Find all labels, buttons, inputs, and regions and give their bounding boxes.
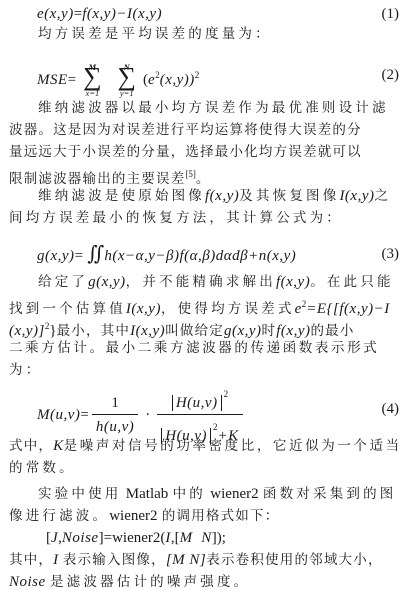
text-span: 表示卷积使用的邻域大小，	[206, 552, 382, 568]
eq2-sum-x: M ∑ x=1	[80, 64, 104, 98]
text-line: 的常数。	[9, 456, 76, 480]
multiply-dot: ·	[145, 407, 150, 423]
text-line: 间均方误差最小的恢复方法，其计算公式为：	[9, 206, 343, 230]
paragraph-line: 维纳滤波是使原始图像f(x,y)及其恢复图像I(x,y)之	[0, 184, 413, 208]
paragraph-line: 量远远大于小误差的分量，选择最小化均方误差就可以	[0, 140, 413, 164]
paragraph-line: 均方误差是平均误差的度量为：	[0, 22, 413, 46]
paragraph-line: 其中，I 表示输入图像，[M N]表示卷积使用的邻域大小，	[0, 548, 413, 572]
paragraph-line: 给定了g(x,y)，并不能精确求解出f(x,y)。在此只能	[0, 270, 413, 294]
paragraph-line: 的常数。	[0, 456, 413, 480]
math-I: I(x,y)	[339, 188, 374, 204]
double-integral-icon: ∬	[87, 243, 104, 265]
function-name: wiener2	[112, 530, 160, 546]
text-span: 及其恢复图像	[239, 188, 339, 204]
eq3-lhs: g(x,y)	[37, 248, 75, 264]
eq1-lhs: e(x,y)	[37, 6, 74, 22]
text-line: 量远远大于小误差的分量，选择最小化均方误差就可以	[9, 140, 362, 164]
function-name: wiener2	[210, 486, 258, 502]
eq2-number: (2)	[382, 58, 400, 92]
code-call: [J,Noise]=wiener2(I,[M N]);	[0, 526, 413, 550]
equation-2: MSE= M ∑ x=1 N ∑ y=1 (e2(x,y))2 (2)	[0, 58, 413, 92]
eq3-number: (3)	[382, 240, 400, 268]
eq3-equals: =	[75, 248, 83, 264]
eq2-equals: =	[68, 72, 76, 88]
numerator: 1	[92, 393, 138, 415]
text-span: 是噪声对信号的功率密度比，它近似为一个适当	[64, 438, 402, 454]
eq2-lhs: MSE	[37, 72, 68, 88]
text-span: 的调用格式如下：	[162, 508, 280, 524]
math-MN: [M N]	[166, 552, 206, 568]
math-g: g(x,y)	[88, 274, 126, 290]
paragraph-line: 像进行滤波。wiener2 的调用格式如下：	[0, 504, 413, 528]
equals: =	[104, 530, 112, 546]
text-span: 之	[375, 188, 392, 204]
text-mse-intro: 均方误差是平均误差的度量为：	[38, 22, 272, 46]
paragraph-line: 限制滤波器输出的主要误差[5]。	[0, 162, 413, 186]
text-span: 函数对采集到的图	[263, 486, 397, 502]
text-line: 为：	[9, 358, 42, 382]
math-noise: Noise	[9, 574, 46, 590]
var-N: N	[201, 530, 212, 546]
text-line: 维纳滤波器以最小均方误差作为最优准则设计滤	[38, 96, 389, 120]
text-span: 是滤波器估计的噪声强度。	[50, 574, 250, 590]
math-K: K	[53, 438, 64, 454]
function-name: wiener2	[109, 508, 157, 524]
paragraph-line: 波器。这是因为对误差进行平均运算将使得大误差的分	[0, 118, 413, 142]
text-span: 实验中使用	[38, 486, 122, 502]
paragraph-line: 间均方误差最小的恢复方法，其计算公式为：	[0, 206, 413, 230]
text-line: 二乘方估计。最小二乘方滤波器的传递函数表示形式	[9, 336, 379, 360]
var-noise: Noise	[62, 530, 99, 546]
paragraph-line: 式中，K是噪声对信号的功率密度比，它近似为一个适当	[0, 434, 413, 458]
citation-ref[interactable]: [5]	[185, 169, 196, 179]
paragraph-line: 找到一个估算值I(x,y)，使得均方误差式e2=E{[f(x,y)−I	[0, 292, 413, 316]
eq4-lhs: M(u,v)	[37, 407, 80, 423]
var-M: M	[180, 530, 193, 546]
math-f: f(x,y)	[276, 274, 310, 290]
eq2-args: (x,y))	[160, 72, 195, 88]
eq3-body: h(x−α,y−β)f(α,β)dαdβ+n(x,y)	[104, 248, 296, 264]
eq2-outer-square: 2	[195, 70, 200, 80]
text-line: 波器。这是因为对误差进行平均运算将使得大误差的分	[9, 118, 362, 142]
eq1-equals: =	[74, 6, 82, 22]
text-span: 维纳滤波是使原始图像	[38, 188, 205, 204]
paragraph-line: 为：	[0, 358, 413, 382]
bracket: ,[	[171, 530, 180, 546]
equation-3: g(x,y)= ∬h(x−α,y−β)f(α,β)dαdβ+n(x,y) (3)	[0, 240, 413, 268]
paragraph-line: (x,y)]2}最小，其中I(x,y)叫做给定g(x,y)时f(x,y)的最小	[0, 314, 413, 338]
abs-H: H(u,v)	[172, 395, 222, 411]
text-span: 表示输入图像，	[63, 552, 166, 568]
math-f: f(x,y)	[205, 188, 239, 204]
paragraph-line: Noise 是滤波器估计的噪声强度。	[0, 570, 413, 590]
text-span: 中的	[173, 486, 206, 502]
text-span: 式中，	[9, 438, 53, 454]
equation-4: M(u,v)=1h(u,v)·H(u,v)2H(u,v)2+K (4)	[0, 384, 413, 434]
text-span: 其中，	[9, 552, 53, 568]
text-span: 。在此只能	[310, 274, 394, 290]
text-span: 给定了	[38, 274, 88, 290]
eq4-number: (4)	[382, 384, 400, 434]
eq4-equals: =	[80, 407, 88, 423]
text-span: ，并不能精确求解出	[126, 274, 276, 290]
math-I: I	[53, 552, 59, 568]
eq1-rhs: f(x,y)−I(x,y)	[82, 6, 162, 22]
eq4-fraction-1: 1h(u,v)	[92, 393, 138, 438]
matlab-name: Matlab	[126, 486, 169, 502]
bracket: ]);	[212, 530, 226, 546]
superscript: 2	[224, 389, 229, 399]
text-span: 像进行滤波。	[9, 508, 109, 524]
paragraph-line: 二乘方估计。最小二乘方滤波器的传递函数表示形式	[0, 336, 413, 360]
paragraph-line: 维纳滤波器以最小均方误差作为最优准则设计滤	[0, 96, 413, 120]
eq2-sum-y: N ∑ y=1	[115, 64, 139, 98]
paragraph-line: 实验中使用 Matlab 中的 wiener2 函数对采集到的图	[0, 482, 413, 506]
